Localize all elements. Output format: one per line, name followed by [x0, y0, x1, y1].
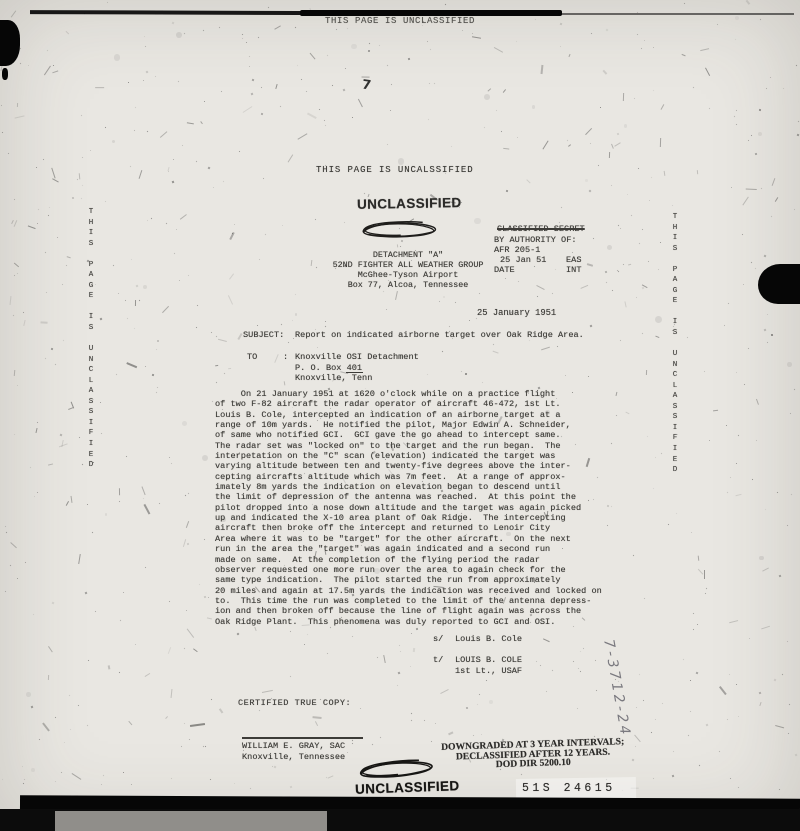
subject-text: Report on indicated airborne target over…: [295, 330, 584, 340]
film-blob-top-left: [0, 20, 20, 66]
to-colon: :: [283, 352, 288, 362]
small-ink-dash: [190, 723, 205, 727]
typed-name: LOUIS B. COLE: [455, 655, 522, 665]
signed-label: s/: [433, 634, 443, 644]
to-address-lines: Knoxville OSI Detachment P. O. Box 401 K…: [295, 352, 419, 384]
box-number-underline: [346, 372, 363, 373]
to-label: TO: [247, 352, 257, 362]
letter-body: On 21 January 1951 at 1620 o'clock while…: [215, 389, 602, 627]
classification-regulation: AFR 205-1: [494, 245, 540, 255]
scribbled-stamp-top: [356, 219, 442, 241]
film-edge-streak-thin: [558, 13, 794, 15]
side-text-right: T H I S P A G E I S U N C L A S S I F I …: [668, 212, 682, 476]
date-line: 25 January 1951: [477, 308, 556, 318]
signed-name: Louis B. Cole: [455, 634, 522, 644]
classification-struck-line: CLASSIFIED SECRET: [497, 224, 585, 234]
signature-rule: [242, 737, 363, 739]
unclassified-stamp-top: UNCLASSIFIED: [357, 195, 462, 212]
film-gray-patch: [55, 811, 327, 831]
letterhead-block: DETACHMENT "A" 52ND FIGHTER ALL WEATHER …: [318, 251, 498, 291]
top-banner-text: THIS PAGE IS UNCLASSIFIED: [0, 16, 800, 26]
header-page-line: THIS PAGE IS UNCALSSIFIED: [316, 165, 474, 175]
classification-initials-1: EAS: [566, 255, 581, 265]
handwritten-margin-mark: 7: [361, 77, 372, 93]
film-blob-right: [758, 264, 800, 304]
downgrade-stamp: DOWNGRADED AT 3 YEAR INTERVALS; DECLASSI…: [424, 737, 643, 773]
classification-date-value: 25 Jan 51: [500, 255, 546, 265]
classification-initials-2: INT: [566, 265, 581, 275]
serial-number: 51S 24615: [522, 782, 616, 795]
scanned-document-page: THIS PAGE IS UNCLASSIFIED T H I S P A G …: [0, 0, 800, 831]
side-text-left: T H I S P A G E I S U N C L A S S I F I …: [84, 207, 98, 471]
film-mark-left: [2, 68, 8, 80]
letterhead-address: Box 77, Alcoa, Tennessee: [318, 281, 498, 291]
typed-rank: 1st Lt., USAF: [455, 666, 522, 676]
certifier-location: Knoxville, Tennessee: [242, 752, 345, 762]
classification-authority: BY AUTHORITY OF:: [494, 235, 577, 245]
subject-label: SUBJECT:: [243, 330, 284, 340]
certified-true-copy-line: CERTIFIED TRUE COPY:: [238, 698, 351, 708]
handwritten-file-number: 7-3712-24: [600, 638, 633, 739]
film-edge-streak-thick: [300, 10, 562, 16]
typed-label: t/: [433, 655, 443, 665]
certifier-name: WILLIAM E. GRAY, SAC: [242, 741, 345, 751]
